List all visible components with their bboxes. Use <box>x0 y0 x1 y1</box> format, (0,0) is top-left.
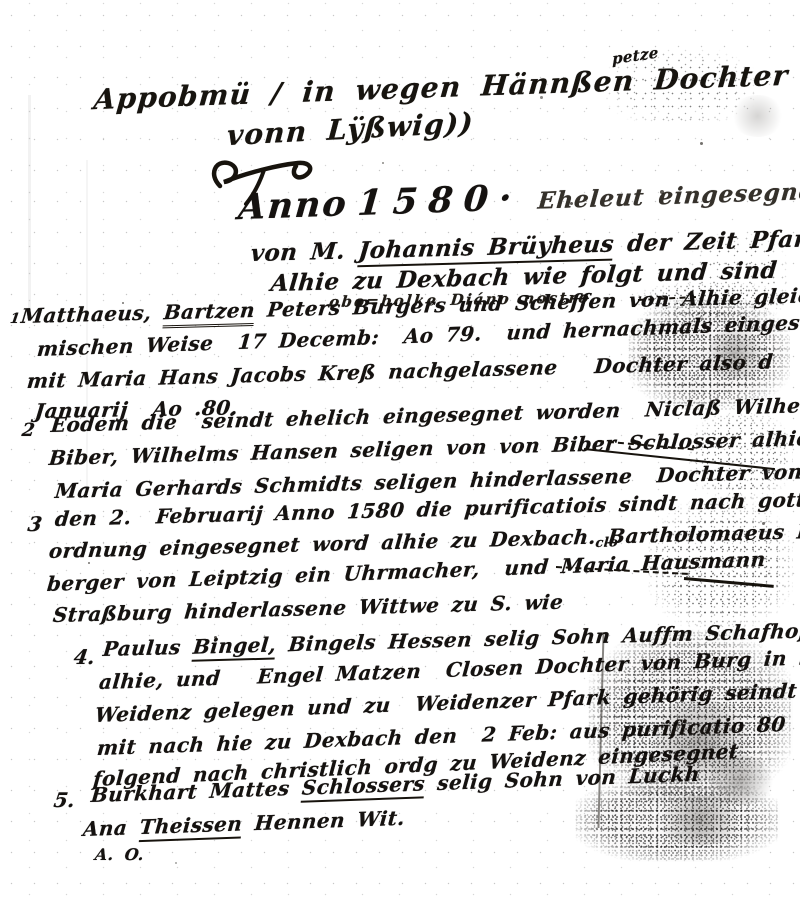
underline-mark <box>684 577 774 588</box>
text-segment: Matthaeus, <box>20 300 165 328</box>
entry-number: 1 <box>9 311 21 327</box>
ink-smudge <box>730 95 785 137</box>
entry-number: 2 <box>21 420 36 441</box>
scan-streak <box>28 95 31 310</box>
ink-speck <box>88 562 90 564</box>
anno-year-text: Anno <box>237 183 350 228</box>
ink-smudge <box>650 795 750 845</box>
header-annotation-line-2: vonn Lÿßwig)) <box>226 109 475 150</box>
text-segment: Ana <box>82 815 141 841</box>
text-segment: Hennen Wit. <box>241 806 406 836</box>
entry-number: 3 <box>26 512 43 536</box>
ink-noise-patch <box>688 412 793 500</box>
manuscript-page: petze Appobmü / in wegen Hännßen Dochter… <box>0 0 800 901</box>
ink-speck <box>175 862 177 864</box>
ink-speck <box>700 142 703 145</box>
text-segment: von M. <box>250 237 360 267</box>
underlined-name: Bartzen <box>162 298 256 328</box>
anno-year-digits: 1580· <box>356 177 524 224</box>
anno-subtitle: Eheleut eingesegnet <box>537 178 800 215</box>
ink-noise-patch <box>575 778 780 862</box>
underlined-name: Schlossers <box>301 771 426 802</box>
entry-number: 5. <box>52 788 76 812</box>
underlined-name: Theissen <box>138 811 243 842</box>
ink-speck <box>382 162 384 164</box>
underlined-name: Bingel, <box>192 632 278 661</box>
header-annotation-line-1: Appobmü / in wegen Hännßen Dochter <box>93 62 790 114</box>
entry-number: 4. <box>72 645 96 669</box>
text-segment: der Zeit Pfarrers <box>613 224 800 258</box>
entry-5-line-2: Ana Theissen Hennen Wit. <box>82 808 405 839</box>
text-segment: Paulus <box>102 635 194 661</box>
entry-3-line-4: Straßburg hinderlassene Wittwe zu S. wie <box>52 592 564 625</box>
entry-5-line-3: A. O. <box>94 847 145 863</box>
